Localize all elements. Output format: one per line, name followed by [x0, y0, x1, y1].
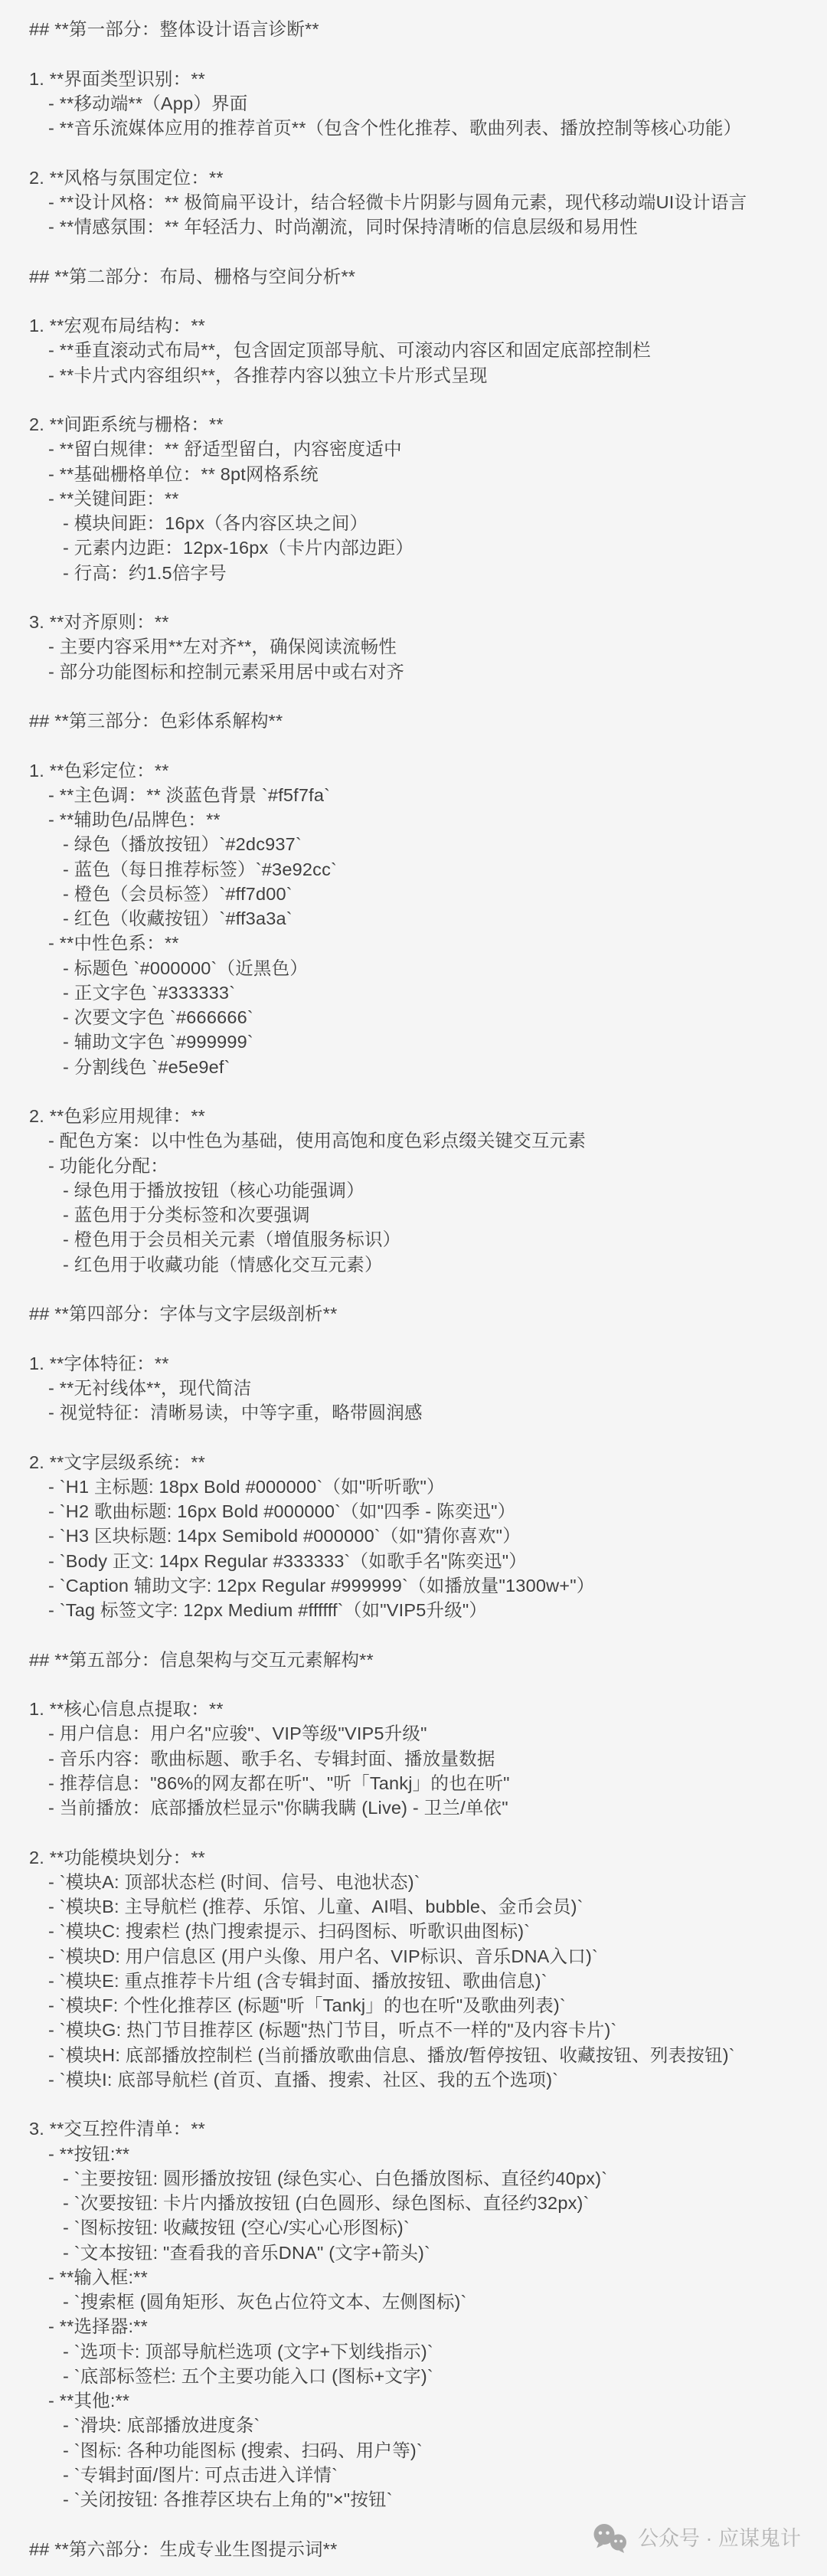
doc-line: - `图标: 各种功能图标 (搜索、扫码、用户等)`	[0, 2438, 827, 2463]
watermark-label: 公众号 · 应谋鬼计	[638, 2524, 801, 2553]
markdown-document: ## **第一部分：整体设计语言诊断**1. **界面类型识别：**- **移动…	[0, 17, 827, 2561]
doc-line: - **中性色系：**	[0, 931, 827, 955]
doc-line: - `搜索框 (圆角矩形、灰色占位符文本、左侧图标)`	[0, 2290, 827, 2314]
doc-line: - 推荐信息："86%的网友都在听"、"听「Tankj」的也在听"	[0, 1771, 827, 1795]
blank-line	[0, 289, 827, 313]
doc-line: - 红色（收藏按钮）`#ff3a3a`	[0, 906, 827, 931]
doc-line: 2. **功能模块划分：**	[0, 1845, 827, 1870]
doc-line: - **卡片式内容组织**，各推荐内容以独立卡片形式呈现	[0, 363, 827, 388]
blank-line	[0, 684, 827, 709]
doc-line: - 橙色（会员标签）`#ff7d00`	[0, 882, 827, 906]
doc-line: 2. **文字层级系统：**	[0, 1450, 827, 1475]
doc-line: - **关键间距：**	[0, 486, 827, 511]
doc-line: - **无衬线体**，现代简洁	[0, 1376, 827, 1400]
doc-line: - 音乐内容：歌曲标题、歌手名、专辑封面、播放量数据	[0, 1746, 827, 1771]
doc-heading-line: ## **第一部分：整体设计语言诊断**	[0, 17, 827, 41]
doc-line: 3. **对齐原则：**	[0, 610, 827, 634]
doc-line: - 模块间距：16px（各内容区块之间）	[0, 511, 827, 535]
blank-line	[0, 2092, 827, 2116]
doc-line: - 正文字色 `#333333`	[0, 980, 827, 1005]
doc-line: - `Body 正文: 14px Regular #333333`（如歌手名"陈…	[0, 1549, 827, 1573]
doc-line: - 部分功能图标和控制元素采用居中或右对齐	[0, 660, 827, 684]
doc-heading-line: ## **第二部分：布局、栅格与空间分析**	[0, 264, 827, 289]
doc-heading-line: ## **第五部分：信息架构与交互元素解构**	[0, 1648, 827, 1672]
blank-line	[0, 1820, 827, 1844]
blank-line	[0, 388, 827, 412]
doc-line: - 当前播放：底部播放栏显示"你瞒我瞒 (Live) - 卫兰/单依"	[0, 1795, 827, 1820]
doc-line: - `H2 歌曲标题: 16px Bold #000000`（如"四季 - 陈奕…	[0, 1499, 827, 1524]
doc-line: - 蓝色用于分类标签和次要强调	[0, 1203, 827, 1227]
doc-line: 1. **字体特征：**	[0, 1351, 827, 1376]
doc-line: - `模块F: 个性化推荐区 (标题"听「Tankj」的也在听"及歌曲列表)`	[0, 1993, 827, 2018]
blank-line	[0, 1425, 827, 1449]
wechat-logo-icon	[592, 2523, 629, 2554]
doc-line: - **垂直滚动式布局**，包含固定顶部导航、可滚动内容区和固定底部控制栏	[0, 338, 827, 362]
doc-line: - **其他:**	[0, 2388, 827, 2413]
doc-line: 3. **交互控件清单：**	[0, 2116, 827, 2141]
doc-line: - 元素内边距：12px-16px（卡片内部边距）	[0, 535, 827, 560]
doc-line: - `专辑封面/图片: 可点击进入详情`	[0, 2463, 827, 2487]
doc-line: - `模块E: 重点推荐卡片组 (含专辑封面、播放按钮、歌曲信息)`	[0, 1969, 827, 1993]
doc-line: - **移动端**（App）界面	[0, 91, 827, 116]
doc-line: - `模块I: 底部导航栏 (首页、直播、搜索、社区、我的五个选项)`	[0, 2067, 827, 2092]
doc-line: - 用户信息：用户名"应骏"、VIP等级"VIP5升级"	[0, 1721, 827, 1746]
doc-line: - **情感氛围：** 年轻活力、时尚潮流，同时保持清晰的信息层级和易用性	[0, 214, 827, 239]
doc-line: 2. **间距系统与栅格：**	[0, 412, 827, 437]
doc-line: - `选项卡: 顶部导航栏选项 (文字+下划线指示)`	[0, 2339, 827, 2364]
doc-line: - `模块B: 主导航栏 (推荐、乐馆、儿童、AI唱、bubble、金币会员)`	[0, 1894, 827, 1919]
doc-line: - `H1 主标题: 18px Bold #000000`（如"听听歌"）	[0, 1475, 827, 1499]
doc-line: - 功能化分配：	[0, 1154, 827, 1178]
doc-line: - `关闭按钮: 各推荐区块右上角的"×"按钮`	[0, 2487, 827, 2512]
doc-line: - `模块D: 用户信息区 (用户头像、用户名、VIP标识、音乐DNA入口)`	[0, 1944, 827, 1969]
doc-line: 1. **色彩定位：**	[0, 758, 827, 783]
blank-line	[0, 41, 827, 66]
doc-line: - `H3 区块标题: 14px Semibold #000000`（如"猜你喜…	[0, 1524, 827, 1548]
doc-line: - 分割线色 `#e5e9ef`	[0, 1055, 827, 1079]
doc-line: 2. **色彩应用规律：**	[0, 1104, 827, 1128]
doc-line: - `文本按钮: "查看我的音乐DNA" (文字+箭头)`	[0, 2240, 827, 2265]
doc-line: - `模块G: 热门节目推荐区 (标题"热门节目，听点不一样的"及内容卡片)`	[0, 2018, 827, 2042]
doc-line: - 红色用于收藏功能（情感化交互元素）	[0, 1252, 827, 1277]
blank-line	[0, 1326, 827, 1350]
blank-line	[0, 1277, 827, 1301]
doc-line: - 视觉特征：清晰易读，中等字重，略带圆润感	[0, 1400, 827, 1425]
doc-line: - 蓝色（每日推荐标签）`#3e92cc`	[0, 857, 827, 882]
doc-line: - `Caption 辅助文字: 12px Regular #999999`（如…	[0, 1573, 827, 1598]
doc-line: - `次要按钮: 卡片内播放按钮 (白色圆形、绿色图标、直径约32px)`	[0, 2191, 827, 2215]
doc-line: - **输入框:**	[0, 2265, 827, 2290]
blank-line	[0, 585, 827, 610]
doc-line: - 绿色（播放按钮）`#2dc937`	[0, 832, 827, 856]
doc-line: 1. **界面类型识别：**	[0, 67, 827, 91]
doc-line: - `模块H: 底部播放控制栏 (当前播放歌曲信息、播放/暂停按钮、收藏按钮、列…	[0, 2043, 827, 2067]
doc-line: - `主要按钮: 圆形播放按钮 (绿色实心、白色播放图标、直径约40px)`	[0, 2166, 827, 2191]
doc-heading-line: ## **第四部分：字体与文字层级剖析**	[0, 1301, 827, 1326]
doc-line: - 次要文字色 `#666666`	[0, 1005, 827, 1029]
doc-line: - 辅助文字色 `#999999`	[0, 1029, 827, 1054]
blank-line	[0, 1079, 827, 1104]
doc-line: - **基础栅格单位：** 8pt网格系统	[0, 462, 827, 486]
doc-line: - 绿色用于播放按钮（核心功能强调）	[0, 1178, 827, 1203]
blank-line	[0, 733, 827, 758]
blank-line	[0, 1672, 827, 1697]
doc-line: - `Tag 标签文字: 12px Medium #ffffff`（如"VIP5…	[0, 1598, 827, 1622]
doc-line: - `滑块: 底部播放进度条`	[0, 2413, 827, 2437]
doc-line: - **辅助色/品牌色：**	[0, 807, 827, 832]
doc-line: - **音乐流媒体应用的推荐首页**（包含个性化推荐、歌曲列表、播放控制等核心功…	[0, 116, 827, 140]
doc-line: 1. **宏观布局结构：**	[0, 313, 827, 338]
doc-line: - `图标按钮: 收藏按钮 (空心/实心心形图标)`	[0, 2215, 827, 2240]
doc-line: 2. **风格与氛围定位：**	[0, 165, 827, 190]
doc-line: - `底部标签栏: 五个主要功能入口 (图标+文字)`	[0, 2364, 827, 2388]
doc-line: - 配色方案：以中性色为基础，使用高饱和度色彩点缀关键交互元素	[0, 1128, 827, 1153]
blank-line	[0, 1622, 827, 1647]
doc-line: - **主色调：** 淡蓝色背景 `#f5f7fa`	[0, 783, 827, 807]
doc-line: - **设计风格：** 极简扁平设计，结合轻微卡片阴影与圆角元素，现代移动端UI…	[0, 190, 827, 214]
blank-line	[0, 239, 827, 263]
doc-line: - **按钮:**	[0, 2142, 827, 2166]
doc-line: - 行高：约1.5倍字号	[0, 561, 827, 585]
doc-line: - **留白规律：** 舒适型留白，内容密度适中	[0, 437, 827, 461]
doc-line: 1. **核心信息点提取：**	[0, 1697, 827, 1721]
watermark: 公众号 · 应谋鬼计	[592, 2523, 801, 2554]
doc-line: - `模块A: 顶部状态栏 (时间、信号、电池状态)`	[0, 1870, 827, 1894]
doc-line: - 橙色用于会员相关元素（增值服务标识）	[0, 1227, 827, 1252]
doc-heading-line: ## **第三部分：色彩体系解构**	[0, 709, 827, 733]
doc-line: - `模块C: 搜索栏 (热门搜索提示、扫码图标、听歌识曲图标)`	[0, 1919, 827, 1943]
doc-line: - 主要内容采用**左对齐**，确保阅读流畅性	[0, 634, 827, 659]
blank-line	[0, 140, 827, 165]
doc-line: - 标题色 `#000000`（近黑色）	[0, 956, 827, 980]
doc-line: - **选择器:**	[0, 2314, 827, 2339]
